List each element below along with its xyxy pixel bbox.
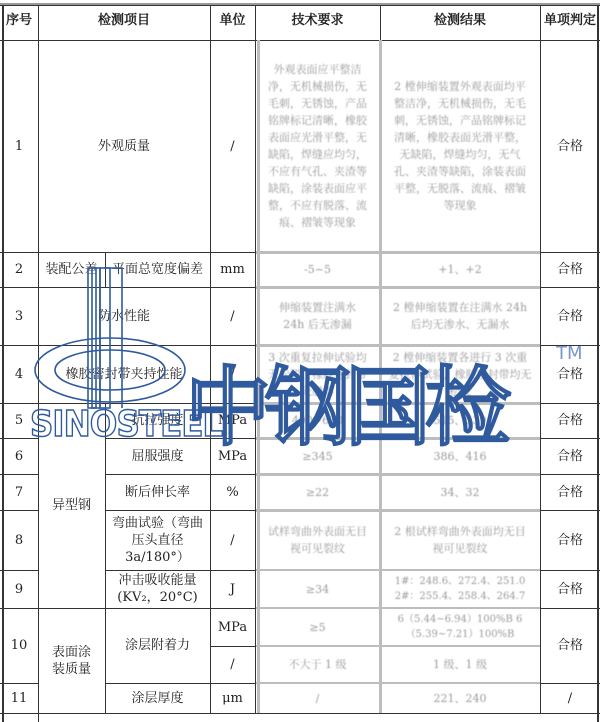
vline-result-inner [379,40,382,713]
vline-verdict [540,5,541,713]
row11-verdict: / [540,683,600,713]
hline-r7g [255,509,540,512]
row4-item: 橡胶密封带夹持性能 [38,345,210,403]
row4-result: 2 樘伸缩装置各进行 3 次重复拉伸试验，橡胶密封带均无松脱 [380,345,540,403]
row7-verdict: 合格 [540,474,600,510]
row10a-requirement: ≥5 [255,608,380,646]
row9-requirement: ≥34 [255,570,380,608]
row3-item: 防水性能 [38,287,210,345]
row1-unit: / [210,40,255,252]
hline-r7c [540,510,600,511]
row4-no: 4 [0,345,38,403]
row6-no: 6 [0,438,38,474]
hline-r10b [105,683,255,684]
row8-unit: / [210,510,255,570]
row1-requirement: 外观表面应平整洁净，无机械损伤，无毛刺，无锈蚀，产品铭牌标记清晰，橡胶表面应光滑… [255,40,380,252]
row4-verdict: 合格 [540,345,600,403]
row7-result: 34、32 [380,474,540,510]
row5-unit: MPa [210,403,255,438]
row9-unit: J [210,570,255,608]
hline-r10midg [255,645,540,647]
row7-unit: % [210,474,255,510]
row2-group: 装配公差 [38,252,105,287]
row8-verdict: 合格 [540,510,600,570]
inspection-results-table: 序号 检测项目 单位 技术要求 检测结果 单项判定 1 外观质量 / 外观表面应… [0,0,600,722]
row2-item: 平面总宽度偏差 [105,252,210,287]
hline-r9b [540,608,600,609]
vline-unit [210,5,211,713]
vline-group-r5 [105,403,106,713]
hline-r1b [540,252,600,253]
row7-no: 7 [0,474,38,510]
header-requirement: 技术要求 [255,0,380,40]
row3-unit: / [210,287,255,345]
hline-r6b [105,474,255,475]
hline-r7b [105,510,255,511]
row6-result: 386、416 [380,438,540,474]
hline-r6c [540,474,600,475]
row11-no: 11 [0,683,38,713]
hline-r3g [255,344,540,347]
row11-requirement: / [255,683,380,713]
row10-verdict: 合格 [540,608,600,683]
row9-item: 冲击吸收能量 (KV₂，20°C) [105,570,210,608]
row10b-unit: / [210,646,255,683]
hline-r4g [255,402,540,405]
hline-r3b [540,345,600,346]
vline-result [380,5,381,41]
row5-requirement: 490~630 [255,403,380,438]
row6-requirement: ≥345 [255,438,380,474]
row3-verdict: 合格 [540,287,600,345]
row9-no: 9 [0,570,38,608]
row3-result: 2 樘伸缩装置在注满水 24h 后均无渗水、无漏水 [380,287,540,345]
group-surface-coating: 表面涂装质量 [38,608,105,713]
row8-requirement: 试样弯曲外表面无目视可见裂纹 [255,510,380,570]
hline-r2b [540,287,600,288]
row10b-requirement: 不大于 1 级 [255,646,380,683]
hline-r6g [255,473,540,476]
row2-result: +1、+2 [380,252,540,287]
row1-result: 2 樘伸缩装置外观表面均平整洁净，无机械损伤，无毛刺，无锈蚀，产品铭牌标记清晰，… [380,40,540,252]
row3-no: 3 [0,287,38,345]
row8-no: 8 [0,510,38,570]
row1-item: 外观质量 [38,40,210,252]
hline-r8g [255,569,540,571]
row1-verdict: 合格 [540,40,600,252]
row11-item: 涂层厚度 [105,683,210,713]
header-verdict: 单项判定 [540,0,600,40]
row2-verdict: 合格 [540,252,600,287]
row9-result: 1#：248.6、272.4、251.0 2#：255.4、258.4、264.… [380,570,540,608]
hline-r8c [540,570,600,571]
row10b-result: 1 级、1 级 [380,646,540,683]
hline-r5b [105,438,255,439]
row7-item: 断后伸长率 [105,474,210,510]
hline-r10mid [210,646,255,647]
row4-unit: / [210,345,255,403]
row3-requirement: 伸缩装置注满水 24h 后无渗漏 [255,287,380,345]
row5-item: 抗拉强度 [105,403,210,438]
row2-no: 2 [0,252,38,287]
row8-item: 弯曲试验（弯曲压头直径 3a/180°） [105,510,210,570]
vline-no [38,5,39,722]
hline-r11 [0,713,600,714]
row11-unit: μm [210,683,255,713]
row4-requirement: 3 次重复拉伸试验均无松脱、橡胶密封带无脱落 [255,345,380,403]
row10-item: 涂层附着力 [105,608,210,683]
row1-no: 1 [0,40,38,252]
hline-r10g [255,682,540,684]
table-border-left [2,5,4,722]
row5-verdict: 合格 [540,403,600,438]
hline-r4b [540,403,600,404]
vline-group-r2 [105,252,106,287]
hline-header [0,40,600,41]
hline-r5g [255,437,540,440]
row6-item: 屈服强度 [105,438,210,474]
row7-requirement: ≥22 [255,474,380,510]
row8-result: 2 根试样弯曲外表面均无目视可见裂纹 [380,510,540,570]
row2-unit: mm [210,252,255,287]
row6-verdict: 合格 [540,438,600,474]
vline-tail [38,713,39,722]
row6-unit: MPa [210,438,255,474]
vline-req [255,5,256,713]
row11-result: 221、240 [380,683,540,713]
hline-r1g [255,251,540,254]
hline-r5c [540,438,600,439]
vline-req-inner [257,40,260,713]
header-unit: 单位 [210,0,255,40]
table-border-top-inner [0,5,600,6]
hline-r8a [0,570,38,571]
hline-r10c [540,683,600,684]
group-profiled-steel: 异型钢 [38,403,105,608]
header-item: 检测项目 [38,0,210,40]
hline-r7a [0,510,38,511]
row10a-result: 6（5.44~6.94）100%B 6（5.39~7.21）100%B [380,608,540,646]
row5-no: 5 [0,403,38,438]
row10-no: 10 [0,608,38,683]
row2-requirement: -5~5 [255,252,380,287]
hline-r2g [255,286,540,289]
hline-r8b [105,570,255,571]
hline-r5a [0,438,38,439]
table-border-right [597,5,599,722]
hline-r10a [0,683,38,684]
hline-r6a [0,474,38,475]
row5-result: 515、539 [380,403,540,438]
row10a-unit: MPa [210,608,255,646]
header-result: 检测结果 [380,0,540,40]
row9-verdict: 合格 [540,570,600,608]
hline-r9g [255,607,540,609]
header-no: 序号 [0,0,38,40]
